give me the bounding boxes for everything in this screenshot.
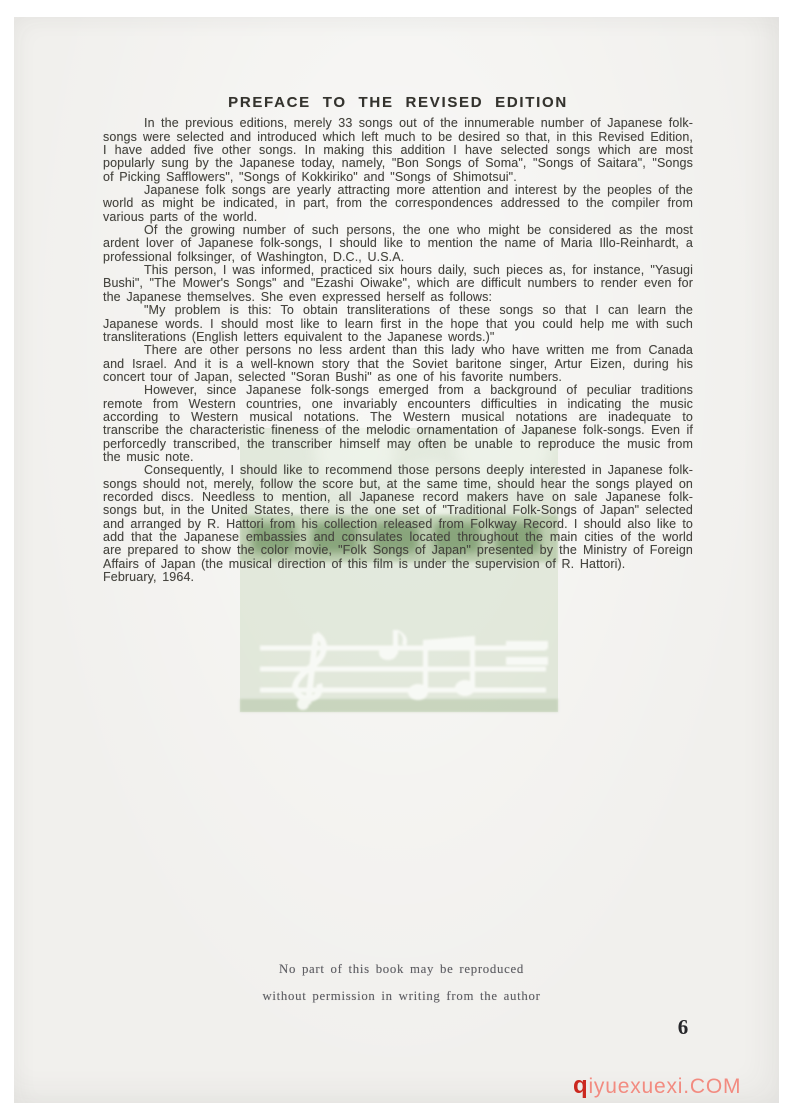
site-watermark-bold: q [573, 1072, 588, 1099]
paragraph-4: This person, I was informed, practiced s… [103, 264, 693, 304]
copyright-line-2: without permission in writing from the a… [14, 983, 789, 1010]
paragraph-5: "My problem is this: To obtain translite… [103, 304, 693, 344]
page-number: 6 [663, 1015, 703, 1040]
date-line: February, 1964. [103, 571, 693, 584]
beam-bars-icon [506, 641, 548, 665]
copyright-notice: No part of this book may be reproduced w… [14, 956, 789, 1010]
paragraph-1: In the previous editions, merely 33 song… [103, 117, 693, 184]
paragraph-8: Consequently, I should like to recommend… [103, 464, 693, 571]
page-title: PREFACE TO THE REVISED EDITION [103, 96, 693, 109]
site-watermark: qiyuexuexi.COM [573, 1072, 741, 1100]
copyright-line-1: No part of this book may be reproduced [14, 956, 789, 983]
paragraph-3: Of the growing number of such persons, t… [103, 224, 693, 264]
paragraph-6: There are other persons no less ardent t… [103, 344, 693, 384]
music-staff-icon [240, 628, 558, 712]
site-watermark-light: iyuexuexi.COM [588, 1075, 741, 1098]
paragraph-7: However, since Japanese folk-songs emerg… [103, 384, 693, 464]
eighth-note-icon [379, 630, 407, 660]
paragraph-2: Japanese folk songs are yearly attractin… [103, 184, 693, 224]
scanned-document: PREFACE TO THE REVISED EDITION In the pr… [0, 0, 794, 1119]
preface-content: PREFACE TO THE REVISED EDITION In the pr… [103, 96, 693, 584]
treble-clef-icon [295, 634, 324, 710]
